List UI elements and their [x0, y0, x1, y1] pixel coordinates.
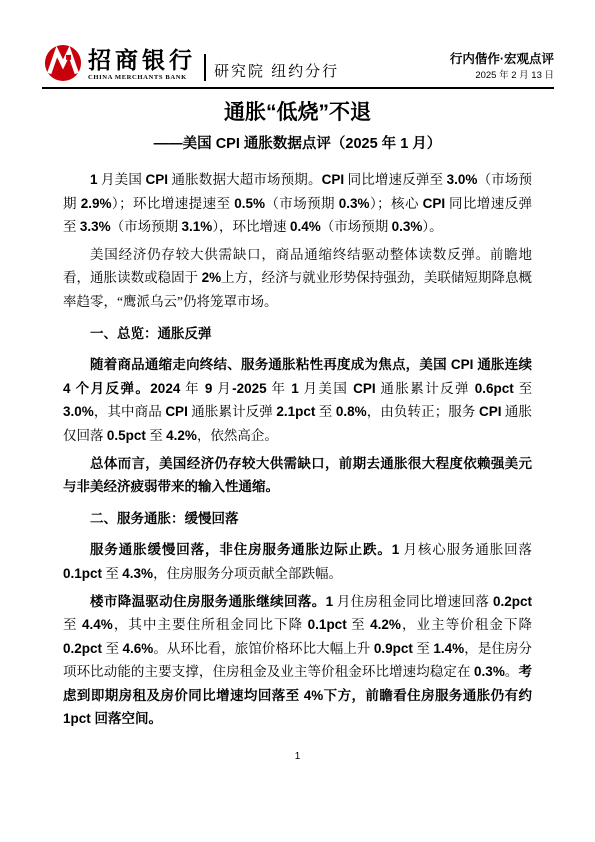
text-run-bold: CPI — [322, 172, 345, 187]
text-run-bold: 1.4% — [433, 641, 464, 656]
text-run: ，业主等价租金下降 — [401, 617, 532, 632]
text-run-bold: 0.1pct — [308, 617, 347, 632]
text-run: 同比增速反弹至 — [344, 172, 447, 187]
paragraph: 随着商品通缩走向终结、服务通胀粘性再度成为焦点，美国 CPI 通胀连续 4 个月… — [63, 353, 532, 447]
text-run: ，住房服务分项贡献全部跌幅。 — [153, 566, 342, 581]
text-run-bold: 4.6% — [123, 641, 154, 656]
text-run-bold: CPI — [353, 381, 376, 396]
text-run: 至 — [146, 428, 166, 443]
text-run-bold: 0.5pct — [107, 428, 146, 443]
text-run: ），环比增速 — [212, 219, 290, 234]
header-vertical-divider — [204, 54, 206, 81]
text-run: ，由负转正；服务 — [367, 404, 479, 419]
text-run-bold: 1 — [291, 381, 299, 396]
text-run-bold: CPI — [479, 404, 502, 419]
text-run: 至 — [514, 381, 532, 396]
text-run-bold: 2% — [202, 270, 222, 285]
paragraph: 美国经济仍存较大供需缺口，商品通缩终结驱动整体读数反弹。前瞻地看，通胀读数或稳固… — [63, 243, 532, 314]
text-run: 至 — [102, 641, 122, 656]
text-run-bold: 4.2% — [166, 428, 197, 443]
paragraph: 1 月美国 CPI 通胀数据大超市场预期。CPI 同比增速反弹至 3.0%（市场… — [63, 168, 532, 239]
text-run-bold: 4.4% — [82, 617, 113, 632]
text-run: 至 — [413, 641, 433, 656]
text-run-bold: 0.8% — [336, 404, 367, 419]
text-run: 月核心服务通胀回落 — [399, 542, 532, 557]
text-run-bold: 1 — [90, 172, 98, 187]
text-run-bold: 0.3% — [474, 664, 505, 679]
series-block: 行内偕作·宏观点评 2025 年 2 月 13 日 — [450, 51, 554, 82]
text-run-bold: 0.9pct — [374, 641, 413, 656]
bank-name-block: 招商银行 CHINA MERCHANTS BANK — [88, 49, 196, 82]
text-run-bold: 3.0% — [447, 172, 478, 187]
text-run: 月 — [212, 381, 232, 396]
section-heading: 二、服务通胀：缓慢回落 — [63, 507, 532, 531]
text-run: ，其中商品 — [94, 404, 166, 419]
report-subtitle: ——美国 CPI 通胀数据点评（2025 年 1 月） — [0, 134, 595, 154]
text-run-bold: 总体而言，美国经济仍存较大供需缺口，前期去通胀很大程度依赖强美元与非美经济疲弱带… — [63, 456, 532, 495]
text-run-bold: 0.1pct — [63, 566, 102, 581]
text-run-bold: 4.2% — [370, 617, 401, 632]
text-run: 。 — [505, 664, 519, 679]
text-run-bold: 2.9% — [81, 196, 112, 211]
text-run-bold: 0.6pct — [475, 381, 514, 396]
text-run: ）；环比增速提速至 — [112, 196, 235, 211]
bank-name-cn: 招商银行 — [88, 49, 196, 73]
text-run-bold: 2.1pct — [276, 404, 315, 419]
document-body: 1 月美国 CPI 通胀数据大超市场预期。CPI 同比增速反弹至 3.0%（市场… — [63, 168, 532, 735]
text-run: 年 — [180, 381, 205, 396]
report-title: 通胀“低烧”不退 — [0, 99, 595, 127]
text-run: ，其中主要住所租金同比下降 — [113, 617, 308, 632]
text-run: 通胀累计反弹 — [376, 381, 475, 396]
text-run-bold: 1 — [326, 594, 334, 609]
text-run: （市场预期 — [265, 196, 339, 211]
bank-name-en: CHINA MERCHANTS BANK — [88, 73, 196, 82]
report-date: 2025 年 2 月 13 日 — [450, 69, 554, 82]
text-run: 至 — [315, 404, 336, 419]
text-run-bold: CPI — [145, 172, 168, 187]
text-run: 月美国 — [299, 381, 353, 396]
text-run-bold: 3.3% — [80, 219, 111, 234]
brand-block: 招商银行 CHINA MERCHANTS BANK 研究院 纽约分行 — [44, 44, 339, 82]
text-run-bold: 3.1% — [182, 219, 213, 234]
text-run: 月住房租金同比增速回落 — [333, 594, 493, 609]
text-run-bold: 3.0% — [63, 404, 94, 419]
text-run-bold: 0.2pct — [63, 641, 102, 656]
text-run-bold: CPI — [165, 404, 188, 419]
text-run-bold: 楼市降温驱动住房服务通胀继续回落。 — [90, 594, 326, 609]
text-run: （市场预期 — [321, 219, 392, 234]
text-run: 通胀累计反弹 — [188, 404, 276, 419]
cmb-logo-icon — [44, 44, 82, 82]
text-run-bold: -2025 — [232, 381, 267, 396]
text-run: 至 — [347, 617, 370, 632]
text-run-bold: 一、总览：通胀反弹 — [90, 326, 212, 341]
text-run: ）。 — [422, 219, 442, 234]
paragraph: 服务通胀缓慢回落，非住房服务通胀边际止跌。1 月核心服务通胀回落 0.1pct … — [63, 538, 532, 585]
header-rule — [42, 87, 554, 89]
text-run-bold: 二、服务通胀：缓慢回落 — [90, 511, 239, 526]
page-number: 1 — [0, 751, 595, 762]
text-run: （市场预期 — [111, 219, 182, 234]
paragraph: 楼市降温驱动住房服务通胀继续回落。1 月住房租金同比增速回落 0.2pct 至 … — [63, 590, 532, 732]
text-run-bold: 服务通胀缓慢回落，非住房服务通胀边际止跌。 — [90, 542, 392, 557]
text-run-bold: 4.3% — [122, 566, 153, 581]
text-run-bold: CPI — [423, 196, 446, 211]
text-run-bold: 0.4% — [290, 219, 321, 234]
text-run: 年 — [267, 381, 292, 396]
text-run: 月美国 — [98, 172, 146, 187]
text-run-bold: 0.2pct — [493, 594, 532, 609]
text-run-bold: 0.3% — [339, 196, 370, 211]
text-run-bold: 0.3% — [392, 219, 423, 234]
text-run: 至 — [63, 617, 82, 632]
report-header: 招商银行 CHINA MERCHANTS BANK 研究院 纽约分行 行内偕作·… — [44, 44, 554, 82]
department-name: 研究院 纽约分行 — [214, 63, 339, 82]
text-run-bold: 2024 — [150, 381, 180, 396]
report-page: 招商银行 CHINA MERCHANTS BANK 研究院 纽约分行 行内偕作·… — [0, 0, 595, 842]
text-run: 通胀数据大超市场预期。 — [168, 172, 322, 187]
series-label: 行内偕作·宏观点评 — [450, 51, 554, 67]
text-run: 至 — [102, 566, 122, 581]
section-heading: 一、总览：通胀反弹 — [63, 322, 532, 346]
text-run: ，依然高企。 — [197, 428, 278, 443]
text-run-bold: 0.5% — [234, 196, 265, 211]
paragraph: 总体而言，美国经济仍存较大供需缺口，前期去通胀很大程度依赖强美元与非美经济疲弱带… — [63, 452, 532, 499]
text-run: 。从环比看，旅馆价格环比大幅上升 — [153, 641, 374, 656]
text-run: ）；核心 — [370, 196, 423, 211]
